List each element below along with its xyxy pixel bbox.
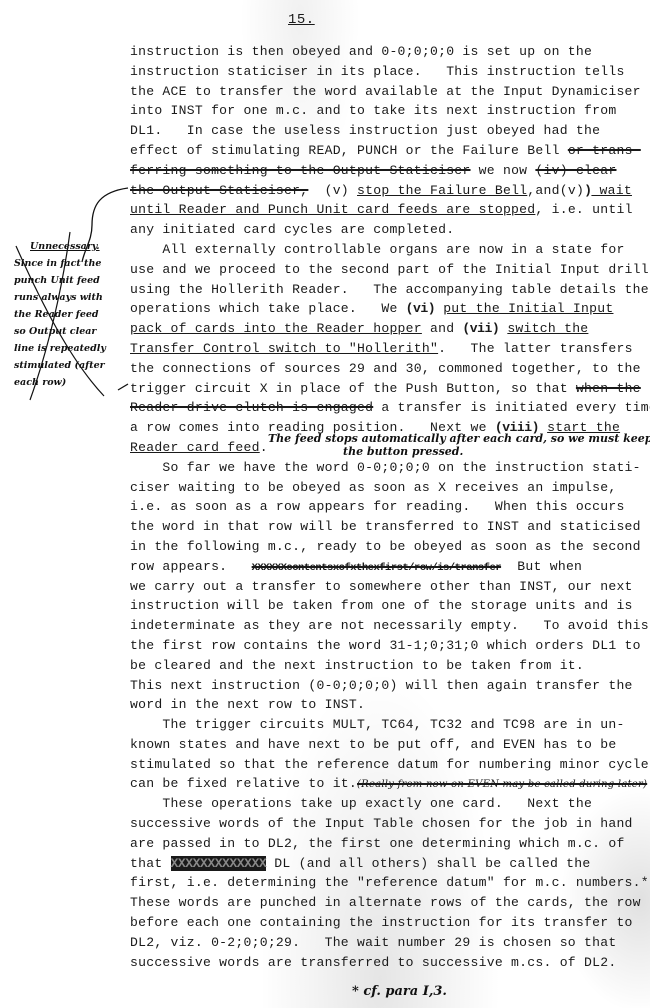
margin-note-line: punch Unit feed <box>14 272 106 289</box>
margin-note-line: so Output clear <box>14 323 106 340</box>
footnote: * cf. para I,3. <box>352 984 447 999</box>
margin-note-line: line is repeatedly <box>14 340 106 357</box>
margin-note-line: stimulated (after <box>14 357 106 374</box>
margin-note: Unnecessary. Since in fact the punch Uni… <box>14 238 106 391</box>
margin-annotation-strokes <box>0 0 650 1008</box>
margin-note-line: each row) <box>14 374 106 391</box>
margin-note-line: the Reader feed <box>14 306 106 323</box>
document-page: 15. instruction is then obeyed and 0-0;0… <box>0 0 650 1008</box>
margin-note-line: Since in fact the <box>14 255 106 272</box>
margin-note-line: runs always with <box>14 289 106 306</box>
margin-note-title: Unnecessary. <box>14 238 106 255</box>
